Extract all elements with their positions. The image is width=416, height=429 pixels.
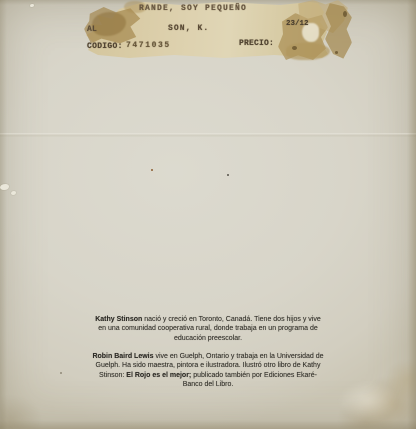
left-edge-shadow (0, 0, 7, 429)
speck (151, 169, 153, 171)
dark-spot (292, 46, 297, 50)
bio-robin-baird-lewis: Robin Baird Lewis vive en Guelph, Ontari… (48, 352, 368, 390)
sticker-row2-left-text: AL (87, 25, 97, 34)
bio-line: Kathy Stinson nació y creció en Toronto,… (48, 315, 368, 324)
edge-chip (0, 184, 9, 190)
sticker-codigo-value: 7471035 (126, 41, 171, 50)
right-edge-shadow (407, 0, 416, 429)
book-back-cover: RANDE, SOY PEQUEÑO AL SON, K. 23/12 CODI… (0, 0, 416, 429)
bio-line: educación preescolar. (48, 334, 368, 343)
bio-kathy-stinson: Kathy Stinson nació y creció en Toronto,… (48, 315, 368, 343)
bio-line: Banco del Libro. (48, 380, 368, 389)
sticker-codigo-label: CODIGO: (87, 42, 123, 51)
horizontal-crease (0, 133, 416, 137)
edge-chip (30, 4, 34, 7)
sticker-author-text: SON, K. (168, 24, 209, 33)
sticker-title-text: RANDE, SOY PEQUEÑO (139, 4, 247, 13)
bio-text: Stinson: (99, 372, 126, 379)
sticker-date-text: 23/12 (286, 20, 309, 28)
edge-chip (11, 191, 16, 195)
bio-line: Stinson: El Rojo es el mejor; publicado … (48, 371, 368, 380)
book-title-bold: El Rojo es el mejor; (126, 372, 191, 379)
author-name-bold: Robin Baird Lewis (92, 353, 153, 360)
bio-text: nació y creció en Toronto, Canadá. Tiene… (142, 316, 320, 323)
bio-line: en una comunidad cooperativa rural, dond… (48, 324, 368, 333)
author-name-bold: Kathy Stinson (95, 316, 142, 323)
bio-text: vive en Guelph, Ontario y trabaja en la … (154, 353, 324, 360)
sticker-precio-label: PRECIO: (239, 39, 274, 48)
dark-spot (343, 11, 347, 17)
bio-line: Robin Baird Lewis vive en Guelph, Ontari… (48, 352, 368, 361)
bio-line: Guelph. Ha sido maestra, pintora e ilust… (48, 361, 368, 370)
speck (227, 174, 229, 176)
bio-text: publicado también por Ediciones Ekaré- (191, 372, 317, 379)
dark-spot (335, 51, 338, 54)
bottom-edge-shadow (0, 420, 416, 429)
